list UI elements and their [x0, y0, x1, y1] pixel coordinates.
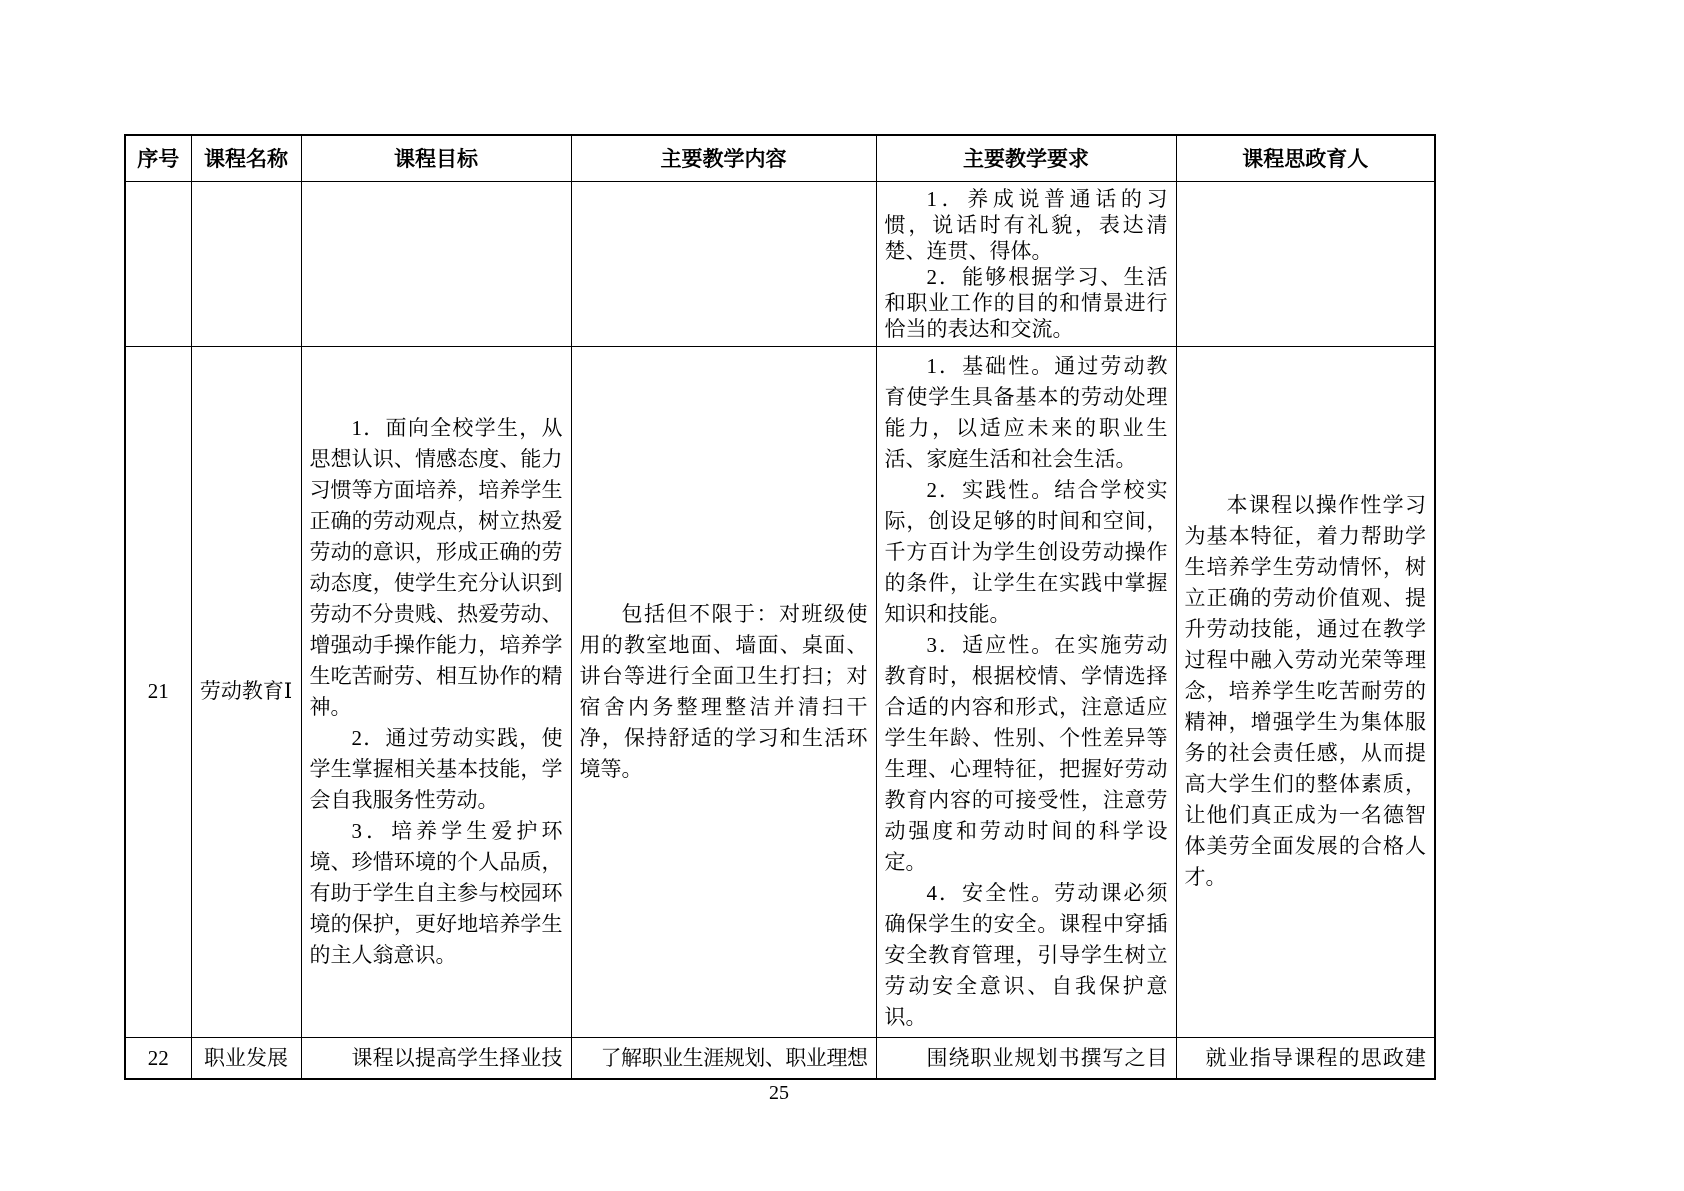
row-number: 21	[128, 676, 189, 707]
cell-no-empty	[125, 181, 191, 346]
paragraph: 3．适应性。在实施劳动教育时，根据校情、学情选择合适的内容和形式，注意适应学生年…	[885, 630, 1168, 878]
column-header-teaching-requirements: 主要教学要求	[876, 135, 1176, 181]
table-row-21: 21 劳动教育Ⅰ 1．面向全校学生，从思想认识、情感态度、能力习惯等方面培养，培…	[125, 346, 1435, 1037]
cell-row-number: 22	[125, 1037, 191, 1079]
table-row-continuation: 1．养成说普通话的习惯，说话时有礼貌，表达清楚、连贯、得体。 2．能够根据学习、…	[125, 181, 1435, 346]
paragraph: 本课程以操作性学习为基本特征，着力帮助学生培养学生劳动情怀，树立正确的劳动价值观…	[1185, 490, 1427, 893]
column-header-course-goal: 课程目标	[301, 135, 571, 181]
cell-teaching-requirements: 1．基础性。通过劳动教育使学生具备基本的劳动处理能力，以适应未来的职业生活、家庭…	[876, 346, 1176, 1037]
column-header-no: 序号	[125, 135, 191, 181]
cell-content-empty	[571, 181, 876, 346]
cell-teaching-content: 了解职业生涯规划、职业理想	[571, 1037, 876, 1079]
paragraph: 就业指导课程的思政建	[1185, 1043, 1427, 1073]
cell-ideology-education: 本课程以操作性学习为基本特征，着力帮助学生培养学生劳动情怀，树立正确的劳动价值观…	[1176, 346, 1435, 1037]
paragraph: 2．实践性。结合学校实际，创设足够的时间和空间，千方百计为学生创设劳动操作的条件…	[885, 475, 1168, 630]
paragraph: 包括但不限于：对班级使用的教室地面、墙面、桌面、讲台等进行全面卫生打扫；对宿舍内…	[580, 599, 868, 785]
cell-row-number: 21	[125, 346, 191, 1037]
paragraph: 了解职业生涯规划、职业理想	[580, 1043, 868, 1073]
paragraph: 3．培养学生爱护环境、珍惜环境的个人品质，有助于学生自主参与校园环境的保护，更好…	[310, 816, 563, 971]
cell-ideology-education: 就业指导课程的思政建	[1176, 1037, 1435, 1079]
course-table: 序号 课程名称 课程目标 主要教学内容 主要教学要求 课程思政育人 1．养成说普…	[124, 134, 1436, 1080]
cell-course-name: 职业发展	[191, 1037, 301, 1079]
document-page: 序号 课程名称 课程目标 主要教学内容 主要教学要求 课程思政育人 1．养成说普…	[0, 0, 1684, 1191]
cell-course-goal: 课程以提高学生择业技	[301, 1037, 571, 1079]
paragraph: 1．面向全校学生，从思想认识、情感态度、能力习惯等方面培养，培养学生正确的劳动观…	[310, 413, 563, 723]
cell-teaching-requirements: 围绕职业规划书撰写之目	[876, 1037, 1176, 1079]
table-row-22: 22 职业发展 课程以提高学生择业技 了解职业生涯规划、职业理想 围绕职业规划书…	[125, 1037, 1435, 1079]
paragraph: 1．基础性。通过劳动教育使学生具备基本的劳动处理能力，以适应未来的职业生活、家庭…	[885, 351, 1168, 475]
course-name: 职业发展	[194, 1043, 299, 1073]
cell-ideology-empty	[1176, 181, 1435, 346]
cell-teaching-requirements: 1．养成说普通话的习惯，说话时有礼貌，表达清楚、连贯、得体。 2．能够根据学习、…	[876, 181, 1176, 346]
course-name: 劳动教育Ⅰ	[194, 676, 299, 707]
page-number: 25	[124, 1080, 1434, 1106]
column-header-course-name: 课程名称	[191, 135, 301, 181]
column-header-ideology-education: 课程思政育人	[1176, 135, 1435, 181]
column-header-teaching-content: 主要教学内容	[571, 135, 876, 181]
row-number: 22	[128, 1043, 189, 1073]
paragraph: 2．通过劳动实践，使学生掌握相关基本技能，学会自我服务性劳动。	[310, 723, 563, 816]
paragraph: 课程以提高学生择业技	[310, 1043, 563, 1073]
cell-course-name: 劳动教育Ⅰ	[191, 346, 301, 1037]
cell-name-empty	[191, 181, 301, 346]
paragraph: 1．养成说普通话的习惯，说话时有礼貌，表达清楚、连贯、得体。	[885, 186, 1168, 264]
cell-course-goal: 1．面向全校学生，从思想认识、情感态度、能力习惯等方面培养，培养学生正确的劳动观…	[301, 346, 571, 1037]
cell-goal-empty	[301, 181, 571, 346]
cell-teaching-content: 包括但不限于：对班级使用的教室地面、墙面、桌面、讲台等进行全面卫生打扫；对宿舍内…	[571, 346, 876, 1037]
paragraph: 围绕职业规划书撰写之目	[885, 1043, 1168, 1073]
table-header-row: 序号 课程名称 课程目标 主要教学内容 主要教学要求 课程思政育人	[125, 135, 1435, 181]
paragraph: 2．能够根据学习、生活和职业工作的目的和情景进行恰当的表达和交流。	[885, 264, 1168, 342]
paragraph: 4．安全性。劳动课必须确保学生的安全。课程中穿插安全教育管理，引导学生树立劳动安…	[885, 878, 1168, 1033]
